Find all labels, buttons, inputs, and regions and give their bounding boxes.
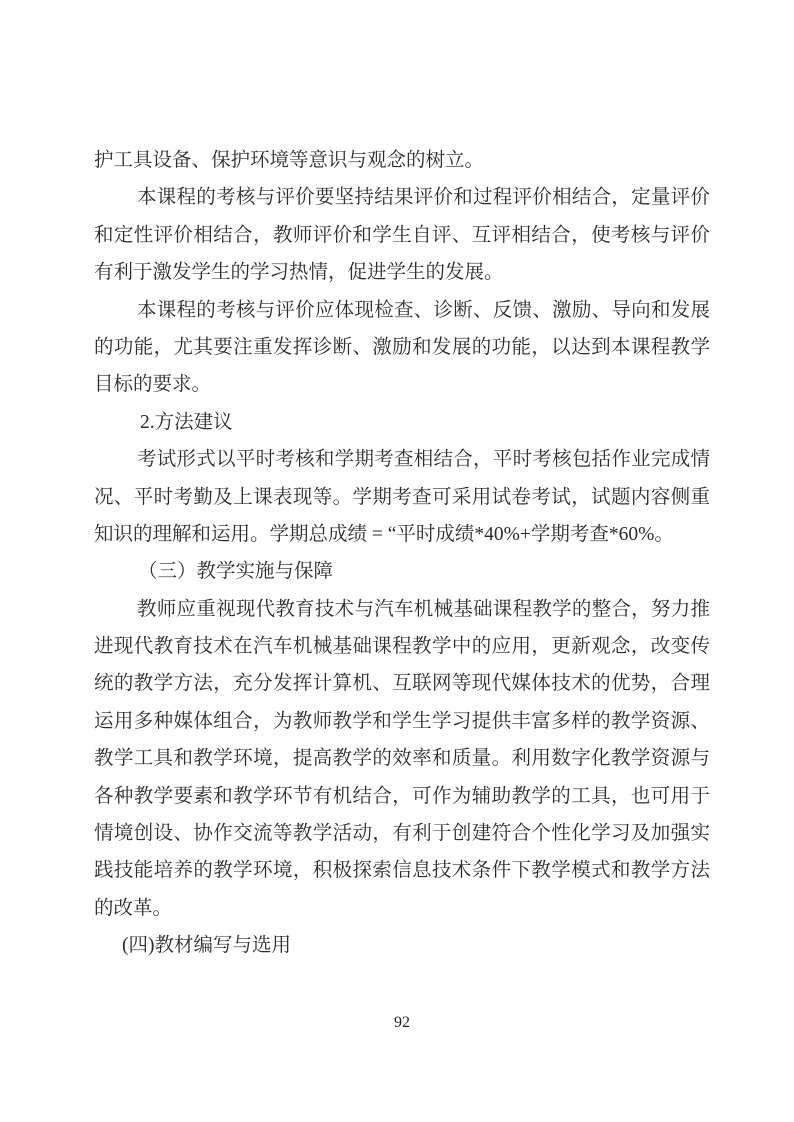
text-line: 知识的理解和运用。学期总成绩 = “平时成绩*40%+学期考查*60%。 — [94, 516, 710, 553]
text-line: 目标的要求。 — [94, 366, 710, 403]
section-heading: （三）教学实施与保障 — [94, 553, 710, 590]
text-line: 各种教学要素和教学环节有机结合，可作为辅助教学的工具，也可用于 — [94, 778, 710, 815]
text-line: 情境创设、协作交流等教学活动，有利于创建符合个性化学习及加强实 — [94, 815, 710, 852]
text-line: 的功能，尤其要注重发挥诊断、激励和发展的功能，以达到本课程教学 — [94, 329, 710, 366]
text-line: 况、平时考勤及上课表现等。学期考查可采用试卷考试，试题内容侧重 — [94, 479, 710, 516]
section-heading: 2.方法建议 — [94, 404, 710, 441]
text-line: 践技能培养的教学环境，积极探索信息技术条件下教学模式和教学方法 — [94, 852, 710, 889]
text-line: 考试形式以平时考核和学期考查相结合，平时考核包括作业完成情 — [94, 441, 710, 478]
text-line: 进现代教育技术在汽车机械基础课程教学中的应用，更新观念，改变传 — [94, 628, 710, 665]
text-line: 的改革。 — [94, 890, 710, 927]
text-content: 护工具设备、保护环境等意识与观念的树立。 本课程的考核与评价要坚持结果评价和过程… — [94, 142, 710, 965]
text-line: 有利于激发学生的学习热情，促进学生的发展。 — [94, 254, 710, 291]
text-line: 运用多种媒体组合，为教师教学和学生学习提供丰富多样的教学资源、 — [94, 703, 710, 740]
text-line: 和定性评价相结合，教师评价和学生自评、互评相结合，使考核与评价 — [94, 217, 710, 254]
page-number: 92 — [94, 1012, 710, 1034]
text-line: 统的教学方法，充分发挥计算机、互联网等现代媒体技术的优势，合理 — [94, 665, 710, 702]
text-line: 教学工具和教学环境，提高教学的效率和质量。利用数字化教学资源与 — [94, 740, 710, 777]
document-page: 护工具设备、保护环境等意识与观念的树立。 本课程的考核与评价要坚持结果评价和过程… — [0, 0, 794, 1122]
section-heading: (四)教材编写与选用 — [94, 927, 710, 964]
text-line: 本课程的考核与评价要坚持结果评价和过程评价相结合，定量评价 — [94, 179, 710, 216]
text-line: 本课程的考核与评价应体现检查、诊断、反馈、激励、导向和发展 — [94, 292, 710, 329]
text-line: 教师应重视现代教育技术与汽车机械基础课程教学的整合，努力推 — [94, 591, 710, 628]
text-line: 护工具设备、保护环境等意识与观念的树立。 — [94, 142, 710, 179]
